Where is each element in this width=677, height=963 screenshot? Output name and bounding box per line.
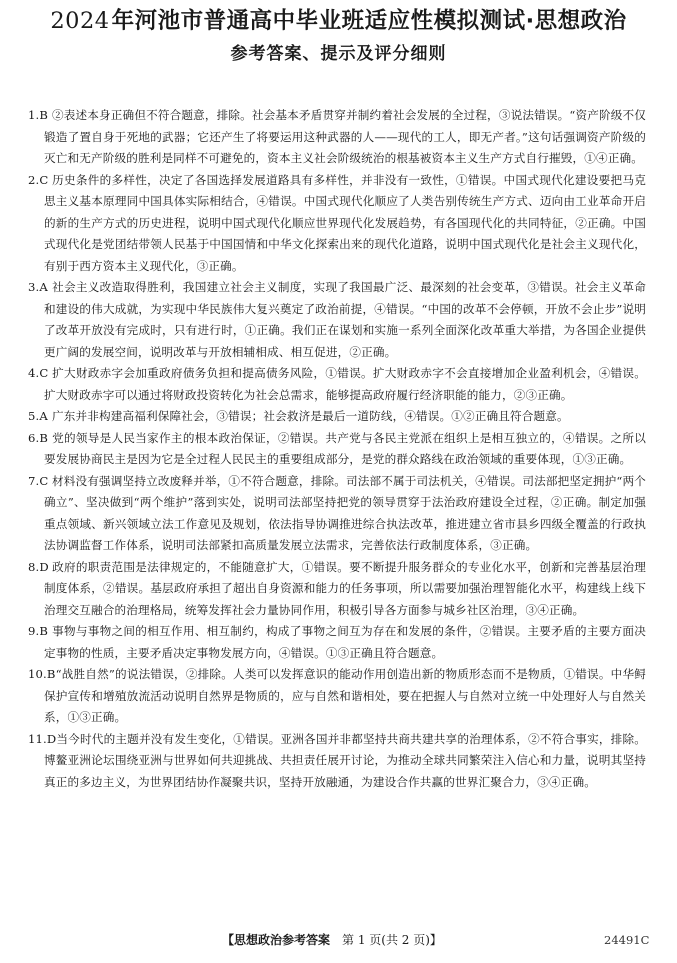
- answer-item-2: 2.C历史条件的多样性，决定了各国选择发展道路具有多样性，并非没有一致性，①错误…: [28, 170, 646, 278]
- answer-item-8: 8.D政府的职责范围是法律规定的，不能随意扩大，①错误。要不断提升服务群众的专业…: [28, 557, 646, 622]
- answer-number: 3.A: [28, 277, 52, 299]
- answer-explanation: 事物与事物之间的相互作用、相互制约，构成了事物之间互为存在和发展的条件，②错误。…: [44, 624, 646, 660]
- document-title: 2024年河池市普通高中毕业班适应性模拟测试·思想政治: [0, 6, 677, 36]
- document-code: 24491C: [604, 930, 649, 950]
- footer-label: 【思想政治参考答案: [222, 933, 330, 947]
- answer-number: 10.B: [28, 664, 56, 686]
- answer-list: 1.B②表述本身正确但不符合题意，排除。社会基本矛盾贯穿并制约着社会发展的全过程…: [28, 105, 646, 793]
- answer-item-6: 6.B党的领导是人民当家作主的根本政治保证，②错误。共产党与各民主党派在组织上是…: [28, 428, 646, 471]
- title-text: 年河池市普通高中毕业班适应性模拟测试·思想政治: [112, 8, 627, 34]
- answer-explanation: 历史条件的多样性，决定了各国选择发展道路具有多样性，并非没有一致性，①错误。中国…: [44, 173, 646, 273]
- page-number: 第 1 页(共 2 页)】: [342, 933, 442, 947]
- answer-number: 8.D: [28, 557, 52, 579]
- answer-explanation: 广东并非构建高福利保障社会，③错误；社会救济是最后一道防线，④错误。①②正确且符…: [52, 409, 569, 423]
- document-subtitle: 参考答案、提示及评分细则: [0, 42, 677, 66]
- answer-explanation: 社会主义改造取得胜利，我国建立社会主义制度，实现了我国最广泛、最深刻的社会变革，…: [44, 280, 646, 359]
- answer-number: 6.B: [28, 428, 52, 450]
- answer-explanation: ②表述本身正确但不符合题意，排除。社会基本矛盾贯穿并制约着社会发展的全过程，③说…: [44, 108, 646, 165]
- answer-item-11: 11.D当今时代的主题并没有发生变化，①错误。亚洲各国并非都坚持共商共建共享的治…: [28, 729, 646, 794]
- answer-item-3: 3.A社会主义改造取得胜利，我国建立社会主义制度，实现了我国最广泛、最深刻的社会…: [28, 277, 646, 363]
- answer-explanation: 材料没有强调坚持立改废释并举，①不符合题意，排除。司法部不属于司法机关，④错误。…: [44, 474, 646, 553]
- answer-item-9: 9.B事物与事物之间的相互作用、相互制约，构成了事物之间互为存在和发展的条件，②…: [28, 621, 646, 664]
- answer-number: 4.C: [28, 363, 52, 385]
- answer-number: 11.D: [28, 729, 56, 751]
- answer-item-10: 10.B“战胜自然”的说法错误，②排除。人类可以发挥意识的能动作用创造出新的物质…: [28, 664, 646, 729]
- answer-item-7: 7.C材料没有强调坚持立改废释并举，①不符合题意，排除。司法部不属于司法机关，④…: [28, 471, 646, 557]
- answer-number: 9.B: [28, 621, 52, 643]
- answer-number: 1.B: [28, 105, 52, 127]
- answer-number: 2.C: [28, 170, 52, 192]
- answer-number: 5.A: [28, 406, 52, 428]
- answer-explanation: 党的领导是人民当家作主的根本政治保证，②错误。共产党与各民主党派在组织上是相互独…: [44, 431, 646, 467]
- page-footer: 【思想政治参考答案第 1 页(共 2 页)】: [222, 930, 442, 950]
- answer-explanation: 政府的职责范围是法律规定的，不能随意扩大，①错误。要不断提升服务群众的专业化水平…: [44, 560, 646, 617]
- answer-item-1: 1.B②表述本身正确但不符合题意，排除。社会基本矛盾贯穿并制约着社会发展的全过程…: [28, 105, 646, 170]
- answer-item-4: 4.C扩大财政赤字会加重政府债务负担和提高债务风险，①错误。扩大财政赤字不会直接…: [28, 363, 646, 406]
- answer-number: 7.C: [28, 471, 52, 493]
- answer-explanation: 当今时代的主题并没有发生变化，①错误。亚洲各国并非都坚持共商共建共享的治理体系，…: [44, 732, 646, 789]
- title-year: 2024: [50, 8, 109, 34]
- answer-item-5: 5.A广东并非构建高福利保障社会，③错误；社会救济是最后一道防线，④错误。①②正…: [28, 406, 646, 428]
- answer-explanation: “战胜自然”的说法错误，②排除。人类可以发挥意识的能动作用创造出新的物质形态而不…: [44, 667, 646, 724]
- answer-explanation: 扩大财政赤字会加重政府债务负担和提高债务风险，①错误。扩大财政赤字不会直接增加企…: [44, 366, 646, 402]
